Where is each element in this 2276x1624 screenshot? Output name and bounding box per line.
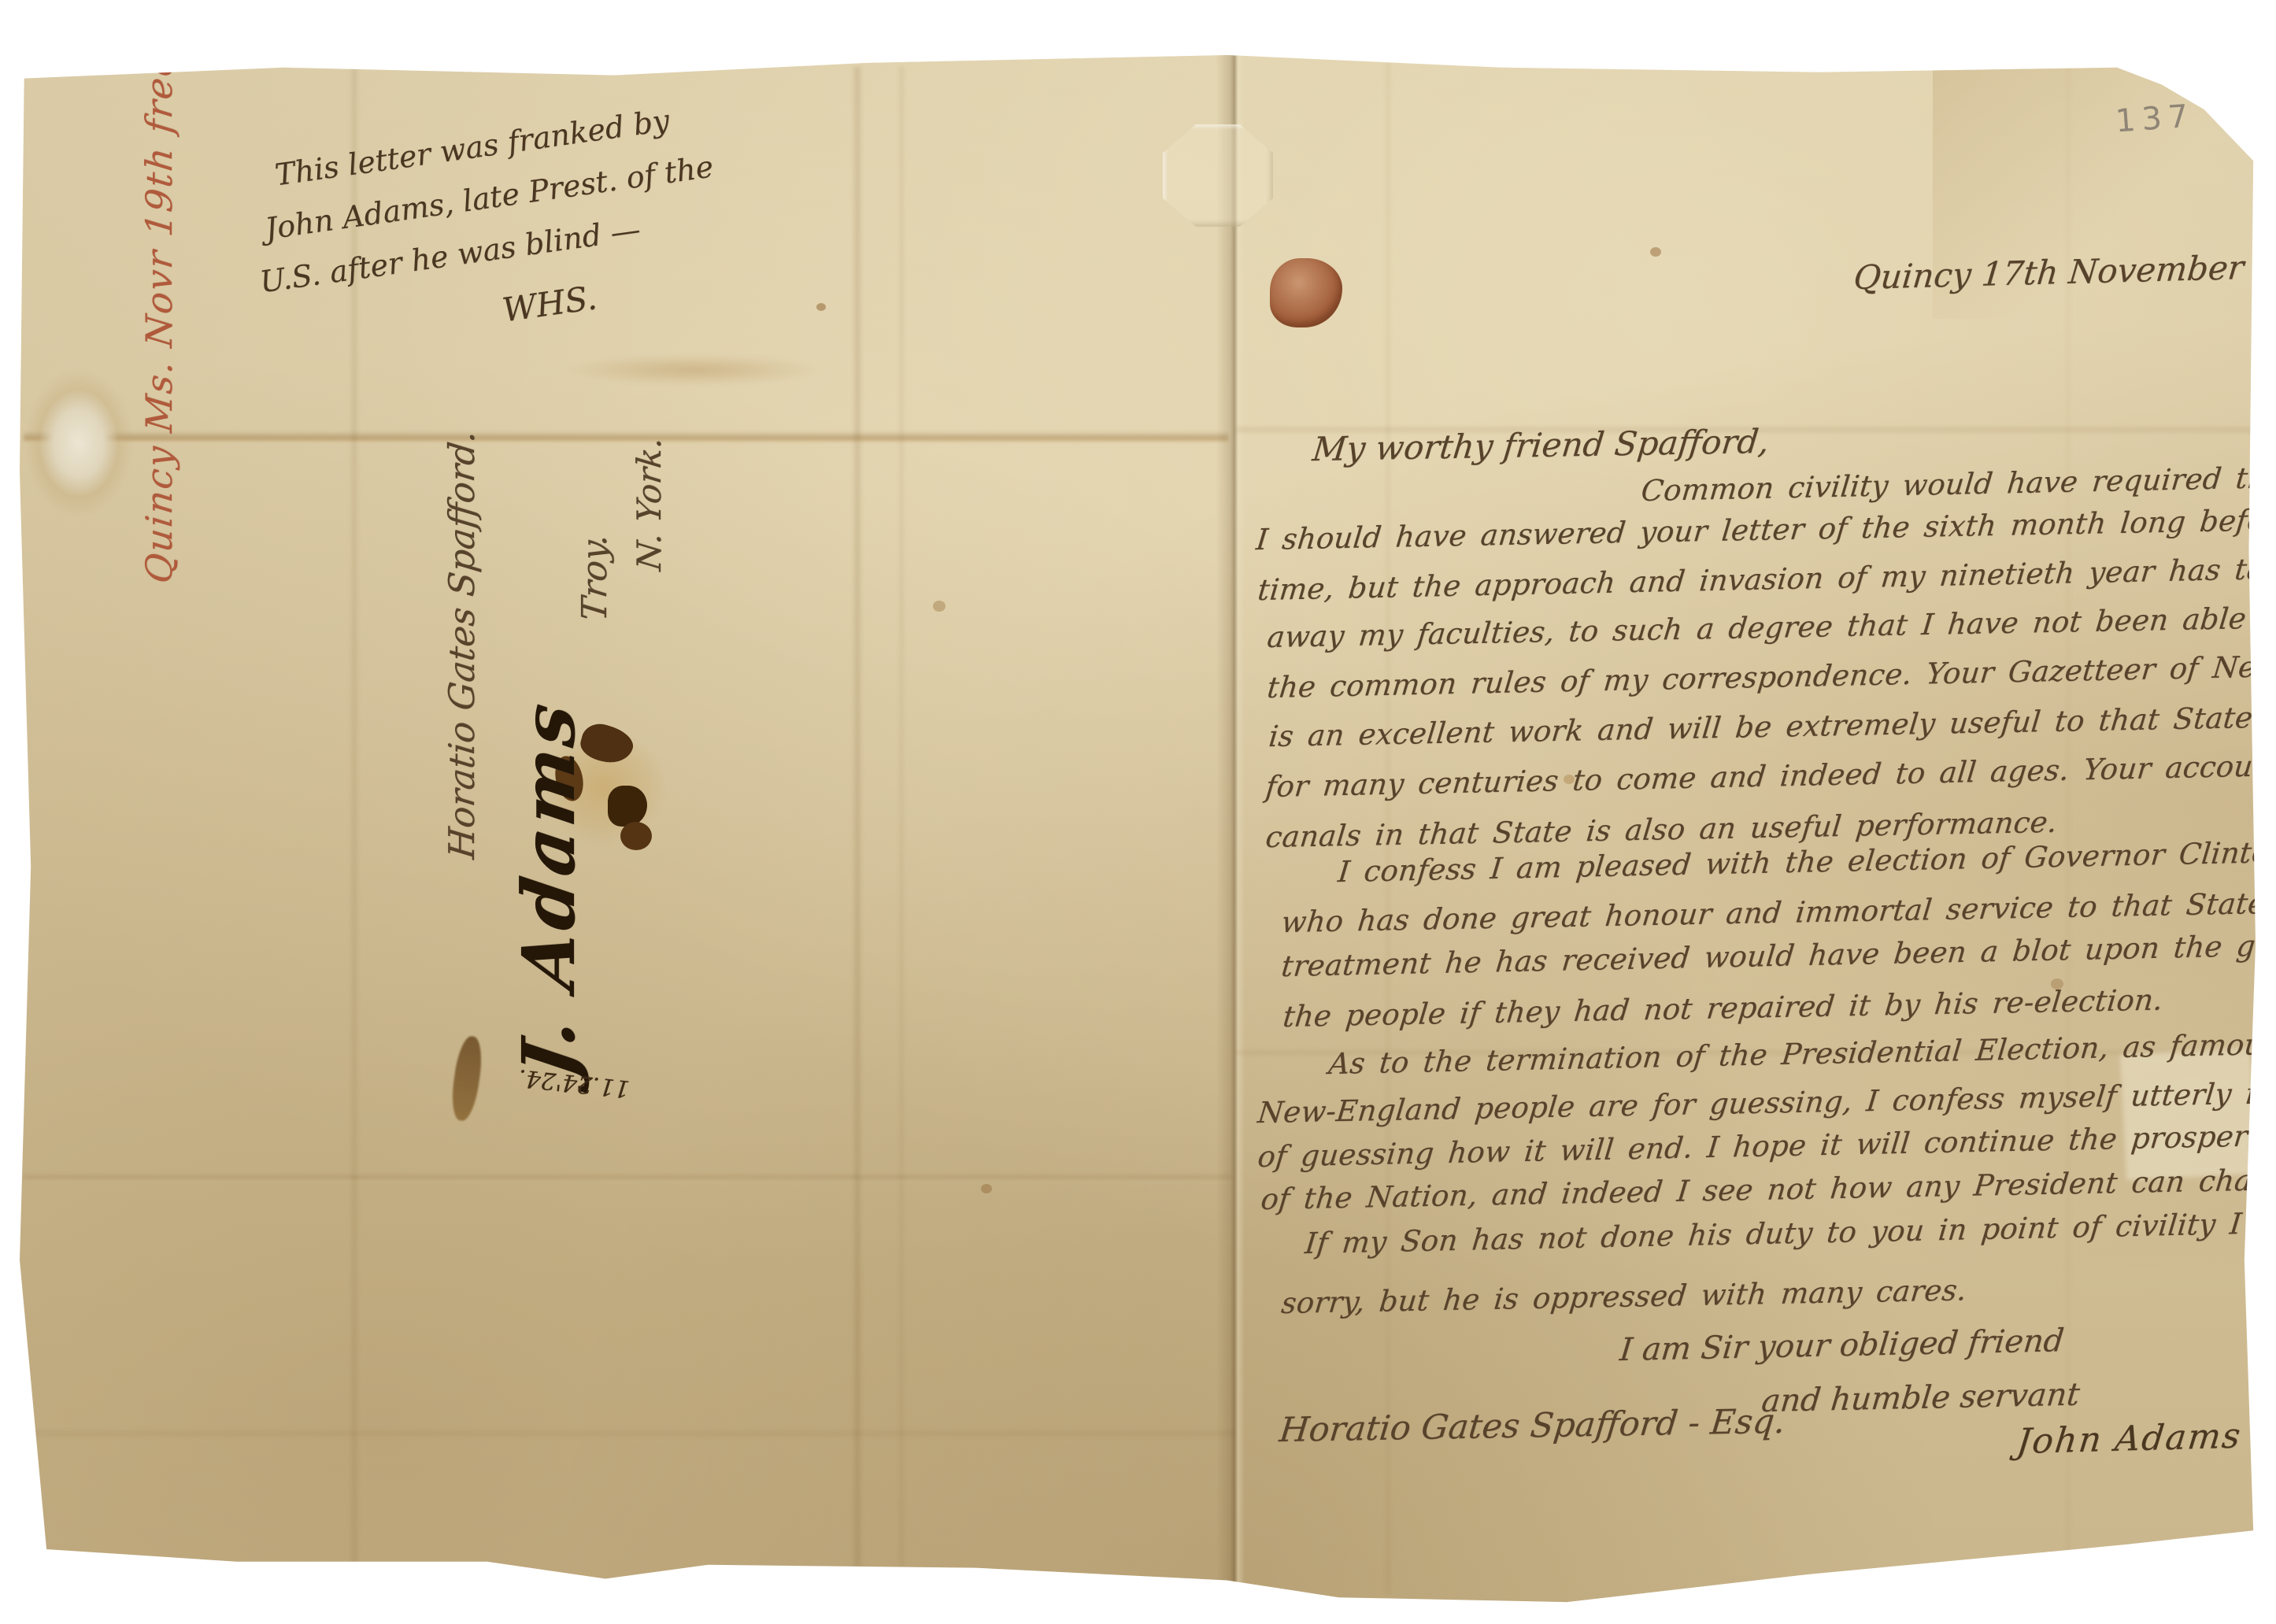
embossed-stamp [1163,124,1273,227]
frank-signature: J. Adams [506,695,591,1082]
red-frank-stamp: Quincy Ms. Novr 19th free [138,51,180,586]
letter-line: sorry, but he is oppressed with many car… [1280,1273,1969,1320]
fold-line-vertical-2 [852,67,863,1567]
letter-dateline: Quincy 17th November 1824. [1852,246,2276,298]
letter-line: the common rules of my correspondence. Y… [1266,648,2276,705]
letter-salutation: My worthy friend Spafford, [1311,422,1771,468]
address-recipient: Horatio Gates Spafford. [441,429,483,861]
fold-line-vertical-2b [897,67,905,1567]
ink-drip-stain [449,1034,486,1122]
letter-line: I should have answered your letter of th… [1255,501,2276,557]
author-signature: John Adams [2015,1416,2244,1463]
letter-line: time, but the approach and invasion of m… [1256,551,2276,607]
fold-line-horizontal-left-bottom [24,1429,1236,1438]
address-state: N. York. [630,435,668,572]
curator-note-line: John Adams, late Prest. of the [261,131,785,254]
address-city: Troy. [575,532,615,623]
letter-line: is an excellent work and will be extreme… [1268,701,2255,753]
docket-date: 11.24'24. [511,1063,631,1102]
center-fold-shadow [1216,55,1251,1610]
letter-line: the people if they had not repaired it b… [1282,983,2165,1034]
fold-line-horizontal-left-lower [24,1173,1232,1184]
pale-blot-stain [24,368,134,518]
letter-line: Common civility would have required that [1640,461,2276,509]
fold-line-vertical-1 [350,67,359,1567]
scanned-letter-page: { "page_number": "137", "annotation_note… [0,0,2276,1624]
curator-note-line: This letter was franked by [272,80,778,201]
edge-repair-patch [2120,1048,2256,1180]
addressee-docket: Horatio Gates Spafford - Esq. [1278,1402,1787,1450]
center-fold-stain [563,354,823,386]
letter-line: for many centuries to come and indeed to… [1264,748,2276,804]
curator-note-initials [527,234,793,271]
curator-note-initials: WHS. [500,278,599,329]
red-wax-seal-remnant [1270,258,1342,327]
letter-sheet: This letter was franked by John Adams, l… [20,55,2256,1610]
letter-line: who has done great honour and immortal s… [1280,884,2276,940]
fold-line-horizontal-left [24,431,1228,446]
letter-line: away my faculties, to such a degree that… [1266,598,2276,654]
foxing-spots [816,303,826,311]
wax-seal-fragment [620,822,652,850]
letter-closing-line: and humble servant [1760,1377,2081,1420]
letter-line: As to the termination of the Presidentia… [1327,1025,2276,1081]
letter-closing-line: I am Sir your obliged friend [1618,1323,2066,1368]
page-number: 137 [2115,98,2196,140]
